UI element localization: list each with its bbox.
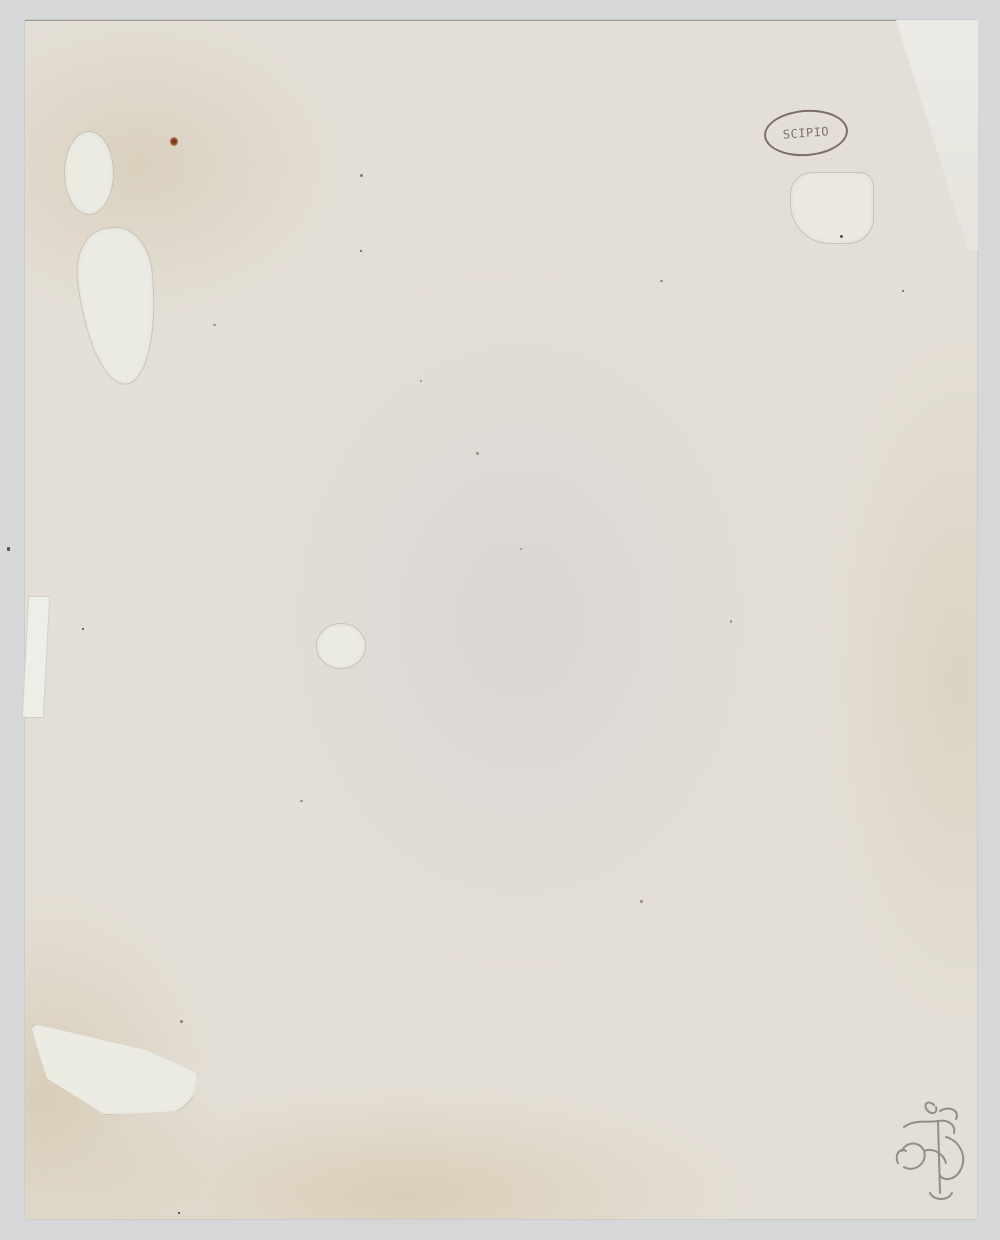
paper-speck — [213, 324, 216, 326]
paper-speck — [360, 250, 362, 252]
paper-speck — [840, 235, 843, 238]
scipio-stamp: SCIPIO — [762, 107, 849, 159]
stamp-text: SCIPIO — [782, 124, 829, 141]
paper-speck — [300, 800, 303, 802]
paper-speck — [640, 900, 643, 903]
paper-speck — [180, 1020, 183, 1023]
paper-speck — [360, 174, 363, 177]
paper-speck — [730, 620, 732, 623]
paper-speck — [82, 628, 84, 630]
rust-spot — [170, 137, 178, 146]
hinge-top-right — [790, 172, 874, 244]
paper-speck — [178, 1212, 180, 1214]
paper-sheet: SCIPIO — [25, 20, 977, 1219]
hinge-center-round — [316, 623, 366, 669]
monogram-icon — [894, 1097, 976, 1207]
paper-speck — [660, 280, 663, 282]
paper-speck — [520, 548, 522, 550]
paper-speck — [420, 380, 422, 382]
hinge-left-small-oval — [64, 131, 114, 215]
outside-speck — [7, 547, 10, 551]
hinge-bottom-left — [30, 1023, 198, 1115]
paper-speck — [476, 452, 479, 455]
paper-speck — [902, 290, 904, 292]
hinge-left-long-oval — [72, 223, 164, 388]
